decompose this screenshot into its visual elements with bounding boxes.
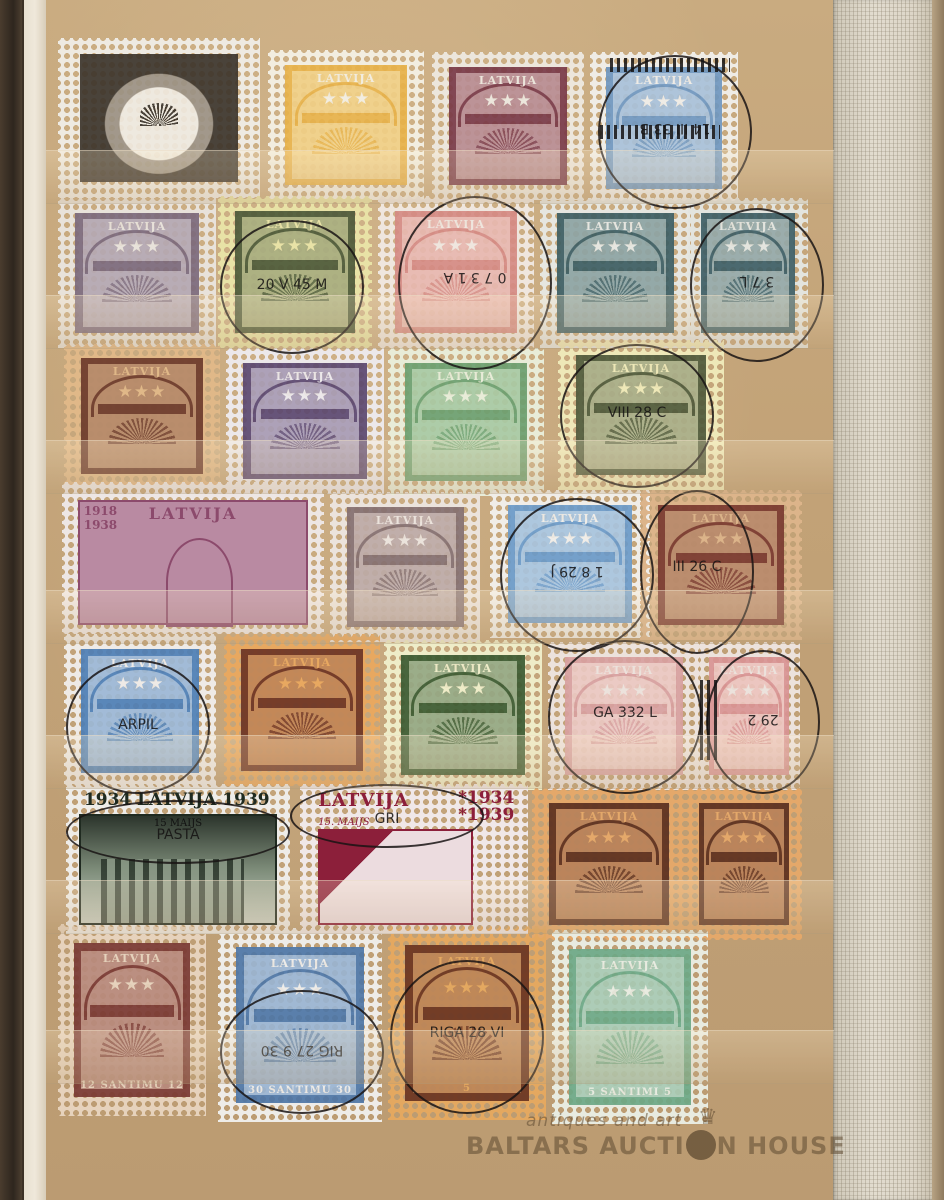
stamp-band [566,852,653,862]
three-stars-icon: ★★★ [81,384,203,401]
three-stars-icon: ★★★ [401,681,524,698]
stamp-title: 1934 LATVIJA 1939 [84,790,277,810]
stamp-commemorative-1934-green[interactable]: 1934 LATVIJA 1939 15 MAIJS [66,784,290,934]
stamp-design: LATVIJA★★★ [241,649,363,771]
stamp[interactable]: LATVIJA★★★ [330,492,480,642]
stamp-band [98,404,186,413]
stamp-band [97,699,182,709]
stamp-commemorative-1918-1938[interactable]: 1918 1938 LATVIJA [62,482,324,634]
watermark-brand: BALTARS AUCTIN HOUSE [466,1130,846,1160]
stamp[interactable]: LATVIJA★★★ [388,348,544,496]
stamp-band [90,1005,173,1017]
stamp-band [465,114,550,123]
stamp-country-label: LATVIJA [557,220,674,233]
stamp-design: LATVIJA★★★ [243,363,366,480]
stamp-band [419,703,508,713]
stamp[interactable]: LATVIJA★★★ [378,196,534,348]
stamp-design: LATVIJA★★★ [701,213,795,333]
stamp-country-label: LATVIJA [241,656,363,669]
stamp-band [720,704,777,713]
crown-icon: ♛ [698,1105,718,1130]
stamp-band [252,260,339,270]
stamp[interactable]: LATVIJA★★★ [686,788,802,940]
three-stars-icon: ★★★ [81,676,200,693]
three-stars-icon: ★★★ [699,830,790,847]
stamp-country-label: LATVIJA [569,959,691,972]
stamp-band [676,553,767,563]
stamp-value: 5 [405,1083,528,1094]
stamp[interactable]: LATVIJA★★★ [558,340,724,490]
stamp-band [261,409,350,418]
three-stars-icon: ★★★ [701,239,795,256]
portrait-medallion [166,538,233,626]
stamp[interactable]: LATVIJA★★★ [698,642,800,790]
stamp-design: LATVIJA★★★12 SANTIMU 12 [74,943,189,1097]
stamp-design: LATVIJA★★★30 SANTIMU 30 [236,947,364,1102]
stamp-band [254,1009,346,1021]
stamp-value: 12 SANTIMU 12 [74,1080,189,1091]
stamp-band [412,260,500,270]
stamp[interactable] [58,38,260,198]
three-stars-icon: ★★★ [395,238,517,255]
stamp-subtitle: 15 MAIJS [81,818,274,829]
stamp-title: LATVIJA [80,504,307,523]
stamp[interactable]: LATVIJA★★★12 SANTIMU 12 [58,924,206,1116]
stamp-country-label: LATVIJA [576,362,706,375]
stamp[interactable]: LATVIJA★★★ [226,348,384,494]
stamp-design: LATVIJA★★★5 [405,945,528,1100]
three-stars-icon: ★★★ [285,91,407,108]
stamp-design: LATVIJA★★★ [405,363,527,481]
stamp-design: LATVIJA★★★ [395,211,517,333]
stamp-band [423,1007,512,1019]
stamp-band [714,261,781,271]
stamp[interactable]: LATVIJA★★★ [590,52,738,204]
sun-emblem-icon [140,103,178,126]
stamp-commemorative-1934-red[interactable]: LATVIJA *1934 *1939 15. MAIJS [300,784,528,934]
year-label: *1934 *1939 [458,790,514,824]
stamp-design: LATVIJA★★★ [285,65,407,185]
page-margin-strip [24,0,46,1200]
stamp-value: 5 SANTIMI 5 [569,1087,691,1098]
stamp-country-label: LATVIJA [606,74,721,87]
year-bottom: *1939 [458,807,514,824]
stamp-band [622,116,705,126]
stamp-design: LATVIJA★★★ [658,505,784,625]
three-stars-icon: ★★★ [449,93,568,110]
stamp-design: LATVIJA★★★ [81,358,203,473]
stamp[interactable]: LATVIJA★★★ [490,490,650,638]
stamp-band [586,1011,674,1023]
three-stars-icon: ★★★ [75,239,198,256]
stamp-band [93,261,182,271]
three-stars-icon: ★★★ [569,984,691,1001]
stamp-design [80,54,238,182]
stamp[interactable]: LATVIJA★★★5 [388,926,546,1120]
stamp-country-label: LATVIJA [81,657,200,670]
three-stars-icon: ★★★ [549,830,669,847]
stamp[interactable]: LATVIJA★★★ [224,634,380,786]
three-stars-icon: ★★★ [606,94,721,111]
stamp-country-label: LATVIJA [449,74,568,87]
three-stars-icon: ★★★ [709,683,789,700]
stamp-band [302,113,390,123]
stamp-country-label: LATVIJA [701,220,795,233]
stamp-country-label: LATVIJA [347,514,464,527]
logo-disc-icon [686,1130,716,1160]
stamp-country-label: LATVIJA [699,810,790,823]
watermark-tagline: antiques and art [526,1111,682,1131]
stamp-country-label: LATVIJA [565,664,684,677]
stamp-band [581,704,666,713]
three-stars-icon: ★★★ [241,676,363,693]
stamp-design: LATVIJA★★★ [347,507,464,627]
stamp-value: 30 SANTIMU 30 [236,1085,364,1096]
building-illustration [101,859,244,923]
stamp[interactable]: LATVIJA★★★ [532,788,686,940]
stamp-country-label: LATVIJA [243,370,366,383]
three-stars-icon: ★★★ [74,977,189,994]
three-stars-icon: ★★★ [235,238,355,255]
stamp-country-label: LATVIJA [658,512,784,525]
three-stars-icon: ★★★ [565,683,684,700]
stamp-design [318,829,473,925]
stamp-design: LATVIJA★★★ [576,355,706,475]
stamp-country-label: LATVIJA [395,218,517,231]
three-stars-icon: ★★★ [576,381,706,398]
stamp-band [422,410,510,419]
stamp-design: LATVIJA★★★ [449,67,568,185]
stamp-design: LATVIJA★★★ [235,211,355,333]
brand-text-left: BALTARS AUCTI [466,1132,685,1160]
stockbook-page: LATVIJA★★★LATVIJA★★★LATVIJA★★★LATVIJA★★★… [0,0,944,1200]
stamp[interactable]: LATVIJA★★★ [640,490,802,640]
stamp[interactable]: LATVIJA★★★ [218,196,372,348]
stamp-design: LATVIJA★★★ [81,649,200,772]
right-page-edge [932,0,944,1200]
stamp-band [363,555,447,565]
stamp-country-label: LATVIJA [74,952,189,965]
stamp-design: LATVIJA★★★ [565,657,684,775]
stamp-band [711,852,776,862]
stamp-design: LATVIJA★★★ [401,655,524,775]
three-stars-icon: ★★★ [557,239,674,256]
stamp-design: 15 MAIJS [79,814,276,925]
three-stars-icon: ★★★ [405,980,528,997]
three-stars-icon: ★★★ [508,531,633,548]
stamp[interactable]: LATVIJA★★★ [58,198,216,348]
stamp-design: LATVIJA★★★ [549,803,669,925]
stamp-design: LATVIJA★★★ [606,67,721,189]
stamp[interactable]: LATVIJA★★★ [64,634,216,788]
stamp-country-label: LATVIJA [75,220,198,233]
stamp[interactable]: LATVIJA★★★30 SANTIMU 30 [218,928,382,1122]
stamp-band [258,698,346,708]
stamp-design: LATVIJA★★★ [75,213,198,333]
stamp-country-label: LATVIJA [709,664,789,677]
three-stars-icon: ★★★ [236,982,364,999]
stamp-design: LATVIJA★★★ [709,657,789,775]
brand-text-right: N HOUSE [717,1132,846,1160]
stamp-band [594,403,687,413]
three-stars-icon: ★★★ [243,388,366,405]
stamp[interactable]: LATVIJA★★★ [268,50,424,200]
stamp-country-label: LATVIJA [81,365,203,378]
stamp-design: LATVIJA★★★ [557,213,674,333]
stamp[interactable]: LATVIJA★★★ [548,642,700,790]
stamp-country-label: LATVIJA [236,957,364,970]
stamp[interactable]: LATVIJA★★★5 SANTIMI 5 [552,930,708,1124]
stamp-country-label: LATVIJA [405,955,528,968]
stamp-country-label: LATVIJA [405,370,527,383]
stamp-title: LATVIJA [318,790,409,811]
stamp[interactable]: LATVIJA★★★ [688,198,808,348]
linen-spine [833,0,933,1200]
stamp-design: LATVIJA★★★ [508,505,633,623]
three-stars-icon: ★★★ [347,533,464,550]
stamp-country-label: LATVIJA [401,662,524,675]
page-edge [0,0,22,1200]
stamp-band [573,261,657,271]
stamp-country-label: LATVIJA [508,512,633,525]
stamp-band [525,552,615,561]
stamp-country-label: LATVIJA [235,218,355,231]
stamp[interactable]: LATVIJA★★★ [432,52,584,200]
stamp-subtitle: 15. MAIJS [318,817,369,828]
stamp[interactable]: LATVIJA★★★ [384,640,542,790]
stamp-country-label: LATVIJA [549,810,669,823]
three-stars-icon: ★★★ [658,531,784,548]
three-stars-icon: ★★★ [405,389,527,406]
stamp-design: 1918 1938 LATVIJA [78,500,309,625]
stamp-design: LATVIJA★★★ [699,803,790,925]
stamp-country-label: LATVIJA [285,72,407,85]
stamp-design: LATVIJA★★★5 SANTIMI 5 [569,949,691,1104]
stamp[interactable]: LATVIJA★★★ [64,344,220,488]
stamp[interactable]: LATVIJA★★★ [540,198,690,348]
